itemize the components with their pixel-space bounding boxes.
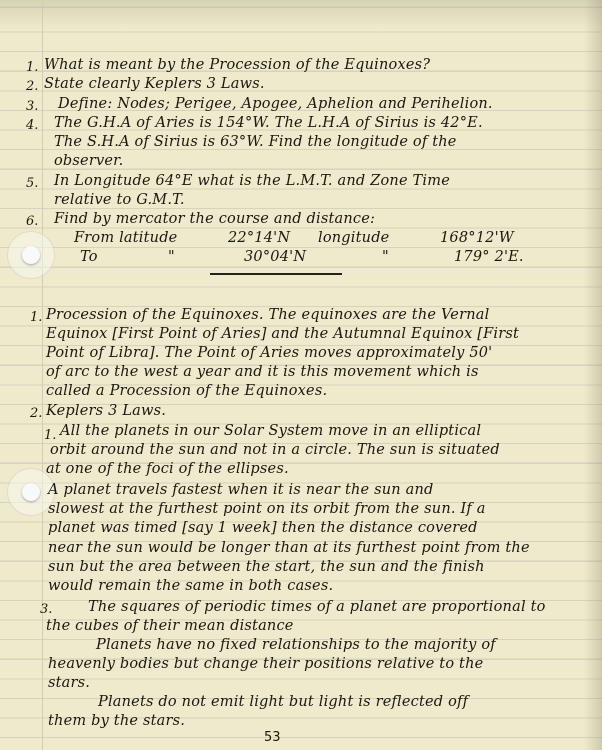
law-text: All the planets in our Solar System move… [60, 423, 481, 439]
question-text: In Longitude 64°E what is the L.M.T. and… [54, 173, 450, 189]
from-longitude: 168°12'W [440, 230, 514, 246]
question-number: 2. [26, 79, 38, 94]
punch-hole-reinforcement-top [8, 232, 54, 278]
question-number: 3. [26, 99, 38, 114]
note-text: them by the stars. [48, 713, 185, 729]
law-text: the cubes of their mean distance [46, 618, 294, 634]
question-number: 6. [26, 214, 38, 229]
question-text: Define: Nodes; Perigee, Apogee, Aphelion… [58, 96, 493, 112]
question-text: What is meant by the Procession of the E… [44, 57, 430, 73]
question-text: The G.H.A of Aries is 154°W. The L.H.A o… [54, 115, 483, 131]
answer-text: of arc to the west a year and it is this… [46, 364, 479, 380]
note-text: stars. [48, 675, 90, 691]
law-text: orbit around the sun and not in a circle… [50, 442, 500, 458]
question-text: The S.H.A of Sirius is 63°W. Find the lo… [54, 134, 457, 150]
answer-text: Point of Libra]. The Point of Aries move… [46, 345, 492, 361]
answer-text: Procession of the Equinoxes. The equinox… [46, 307, 489, 323]
note-text: heavenly bodies but change their positio… [48, 656, 483, 672]
section-divider [210, 273, 342, 275]
law-text: sun but the area between the start, the … [48, 559, 485, 575]
answer-text: called a Procession of the Equinoxes. [46, 383, 327, 399]
to-label: To [80, 249, 98, 265]
ditto-mark: " [382, 249, 389, 265]
notebook-page: 1. What is meant by the Procession of th… [0, 0, 602, 750]
law-text: planet was timed [say 1 week] then the d… [48, 520, 478, 536]
from-latitude: 22°14'N [228, 230, 290, 246]
law-text: would remain the same in both cases. [48, 578, 333, 594]
longitude-label: longitude [318, 230, 389, 246]
to-latitude: 30°04'N [244, 249, 306, 265]
note-text: Planets have no fixed relationships to t… [96, 637, 496, 653]
from-label: From latitude [74, 230, 177, 246]
question-number: 1. [26, 60, 38, 75]
answer-text: Keplers 3 Laws. [46, 403, 166, 419]
law-number: 1. [44, 428, 56, 443]
answer-number: 1. [30, 310, 42, 325]
to-longitude: 179° 2'E. [454, 249, 524, 265]
law-text: at one of the foci of the ellipses. [46, 461, 289, 477]
law-text: A planet travels fastest when it is near… [48, 482, 434, 498]
law-text: slowest at the furthest point on its orb… [48, 501, 486, 517]
law-text: The squares of periodic times of a plane… [88, 599, 546, 615]
law-text: near the sun would be longer than at its… [48, 540, 530, 556]
note-text: Planets do not emit light but light is r… [98, 694, 468, 710]
question-text: observer. [54, 153, 124, 169]
question-text: State clearly Keplers 3 Laws. [44, 76, 265, 92]
page-number: 53 [264, 730, 281, 745]
answer-number: 2. [30, 406, 42, 421]
answer-text: Equinox [First Point of Aries] and the A… [46, 326, 519, 342]
question-number: 4. [26, 118, 38, 133]
margin-line [42, 0, 43, 750]
ditto-mark: " [168, 249, 175, 265]
question-text: relative to G.M.T. [54, 192, 185, 208]
question-text: Find by mercator the course and distance… [54, 211, 375, 227]
law-number: 3. [40, 602, 52, 617]
question-number: 5. [26, 176, 38, 191]
